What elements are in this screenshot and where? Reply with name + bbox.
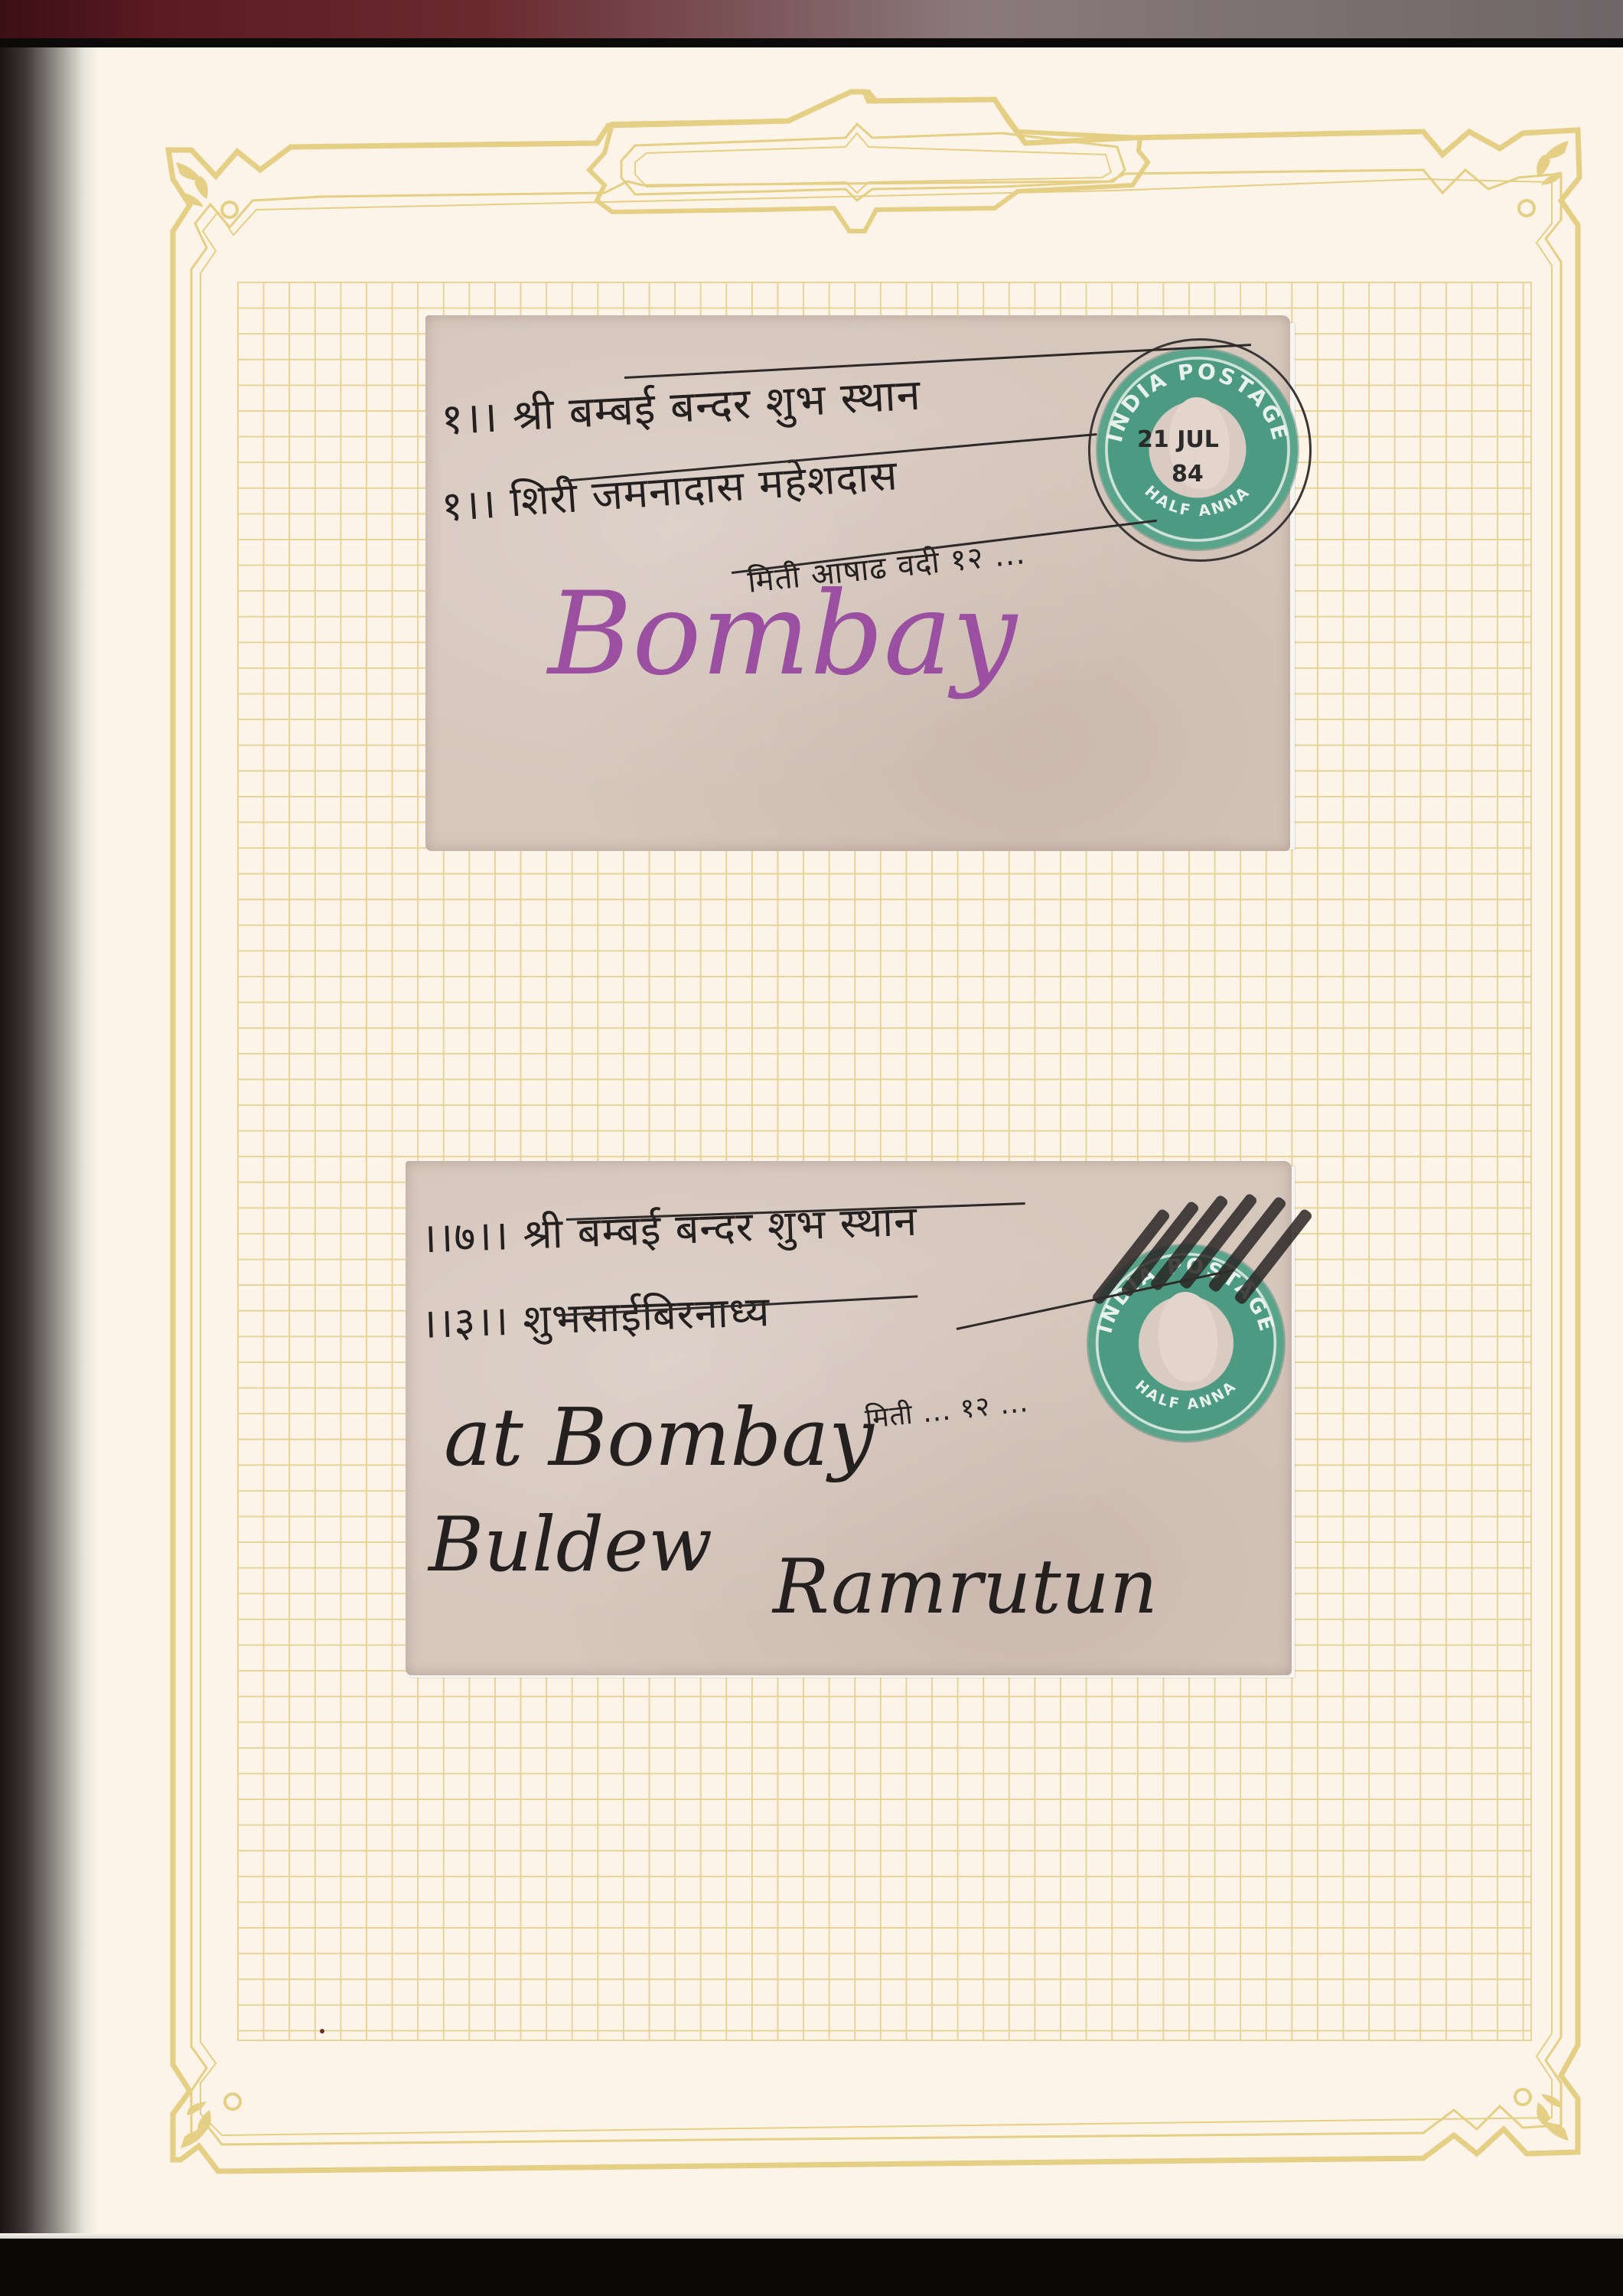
english-address-line-3: Ramrutun	[773, 1544, 1158, 1631]
album-binding-top	[0, 0, 1623, 49]
english-address-line-1: at Bombay	[444, 1391, 874, 1484]
address-line-devanagari-1: ।।७।। श्री बम्बई बन्दर शुभ स्थान	[420, 1191, 918, 1265]
album-binding-bottom	[0, 2239, 1623, 2296]
address-line-devanagari-3: मिती ... १२ ...	[863, 1382, 1030, 1437]
svg-text:HALF ANNA: HALF ANNA	[1132, 1377, 1240, 1413]
envelope-2: INDIA POSTAGE HALF ANNA ।।७।। श्री बम्बई…	[406, 1161, 1292, 1675]
address-line-devanagari-2: ।।३।। शुभसाईबिरनाध्य	[420, 1281, 771, 1350]
album-page: INDIA POSTAGE HALF ANNA 21 JUL 84 १।। श्…	[0, 47, 1623, 2241]
english-address-bombay: Bombay	[548, 568, 1017, 701]
address-line-devanagari-1: १।। श्री बम्बई बन्दर शुभ स्थान	[439, 364, 922, 448]
english-address-line-2: Buldew	[429, 1502, 712, 1589]
barred-cancellation	[1094, 1169, 1286, 1368]
envelope-1: INDIA POSTAGE HALF ANNA 21 JUL 84 १।। श्…	[425, 315, 1290, 851]
postmark-year: 84	[1172, 461, 1204, 488]
ink-fleck	[320, 2029, 324, 2033]
postmark-date: 21 JUL	[1137, 426, 1219, 453]
